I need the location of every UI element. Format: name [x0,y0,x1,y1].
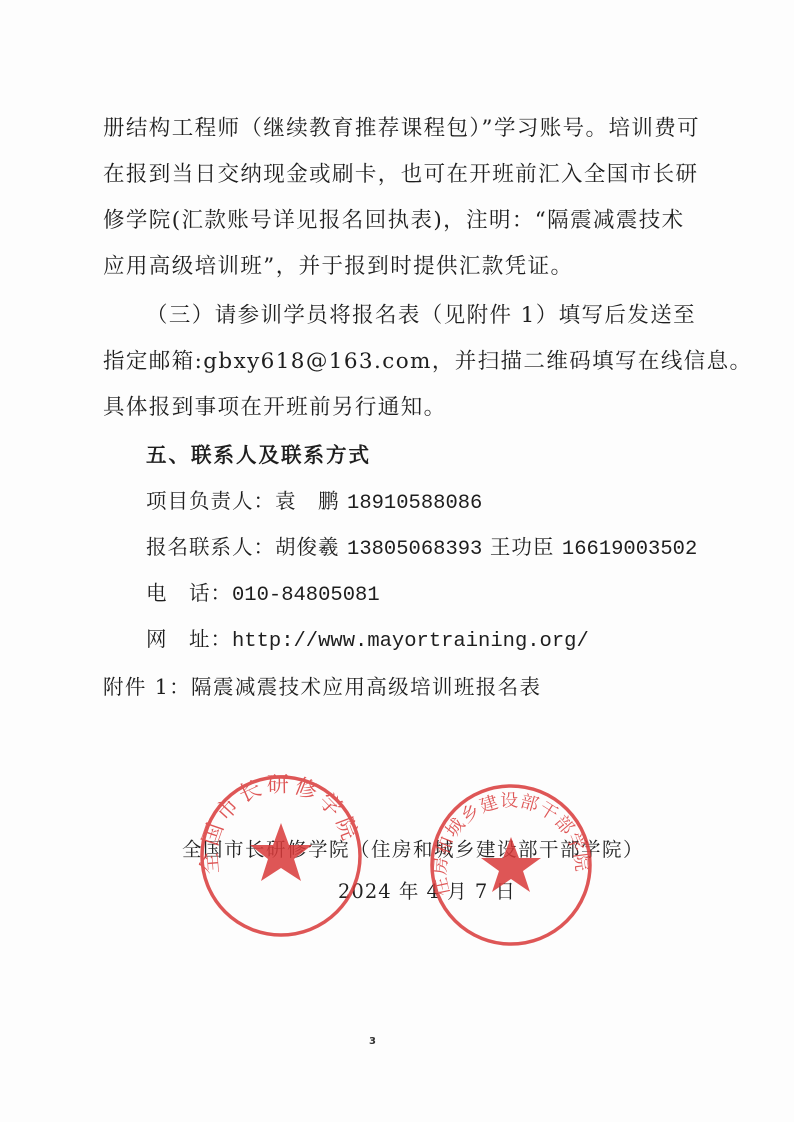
registration-contact-2-phone: 16619003502 [562,538,697,561]
contact-phone: 电 话：010-84805081 [146,578,746,611]
project-lead-label: 项目负责人： [146,489,275,513]
paragraph-item-3-line-3: 具体报到事项在开班前另行通知。 [103,393,703,423]
left-official-seal-icon: 全国市长研修学院 [198,773,364,939]
phone-label: 电 话： [146,581,232,605]
contact-website: 网 址：http://www.mayortraining.org/ [146,624,746,657]
right-official-seal-icon: 住房和城乡建设部干部学院 [428,782,594,948]
website-link[interactable]: http://www.mayortraining.org/ [232,630,589,653]
document-page: 册结构工程师（继续教育推荐课程包）”学习账号。培训费可 在报到当日交纳现金或刷卡… [0,0,794,1122]
registration-contact-2-name: 王功臣 [490,535,555,559]
website-label: 网 址： [146,627,232,651]
attachment-note: 附件 1：隔震减震技术应用高级培训班报名表 [103,672,703,702]
page-number: 3 [369,1036,376,1047]
paragraph-line-4: 应用高级培训班”，并于报到时提供汇款凭证。 [103,252,703,282]
contact-project-lead: 项目负责人：袁 鹏 18910588086 [146,486,746,519]
registration-contact-1-name: 胡俊羲 [275,535,340,559]
phone-value: 010-84805081 [232,584,380,607]
project-lead-phone: 18910588086 [347,492,482,515]
contact-registration: 报名联系人：胡俊羲 13805068393 王功臣 16619003502 [146,532,746,565]
paragraph-item-3-line-2: 指定邮箱:gbxy618@163.com，并扫描二维码填写在线信息。 [103,347,703,377]
registration-label: 报名联系人： [146,535,275,559]
paragraph-line-1: 册结构工程师（继续教育推荐课程包）”学习账号。培训费可 [103,114,703,144]
registration-contact-1-phone: 13805068393 [347,538,482,561]
paragraph-item-3-line-1: （三）请参训学员将报名表（见附件 1）填写后发送至 [146,301,746,331]
project-lead-name: 袁 鹏 [275,489,340,513]
section-heading: 五、联系人及联系方式 [146,440,746,470]
paragraph-line-2: 在报到当日交纳现金或刷卡，也可在开班前汇入全国市长研 [103,160,703,190]
paragraph-line-3: 修学院(汇款账号详见报名回执表)，注明：“隔震减震技术 [103,206,703,236]
